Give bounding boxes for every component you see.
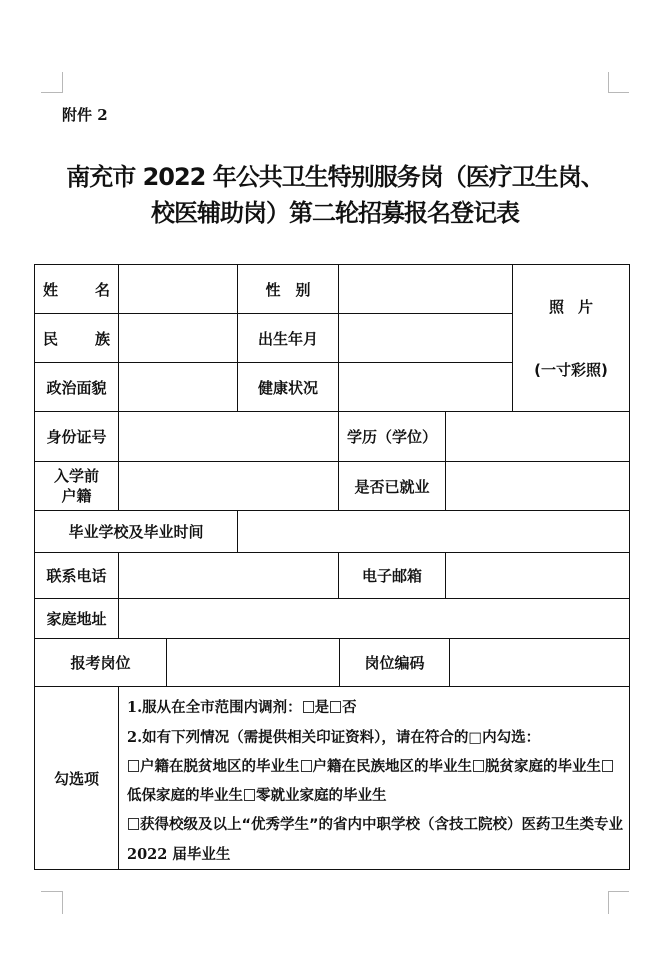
checkbox-label-ethnic-area-hukou: 户籍在民族地区的毕业生 bbox=[313, 759, 473, 775]
option-line-1-number: 1. bbox=[127, 699, 142, 716]
option-line-2-number: 2. bbox=[127, 729, 142, 746]
photo-note: (一寸彩照) bbox=[534, 359, 608, 380]
option-line-1-text: 服从在全市范围内调剂： bbox=[142, 700, 302, 716]
checkbox-label-low-income-family: 低保家庭的毕业生 bbox=[127, 788, 243, 804]
checkbox-label-poverty-family: 脱贫家庭的毕业生 bbox=[485, 759, 601, 775]
birth-date-label: 出生年月 bbox=[237, 313, 339, 363]
excellent-student-year: 2022 bbox=[127, 846, 167, 863]
checkbox-label-zero-employment-family: 零就业家庭的毕业生 bbox=[256, 788, 387, 804]
checkbox-ethnic-area-hukou[interactable] bbox=[301, 760, 312, 772]
political-status-label: 政治面貌 bbox=[34, 362, 119, 412]
photo-label: 照片 bbox=[535, 296, 607, 317]
page-corner-mark-bottom-right bbox=[608, 891, 629, 914]
hukou-label: 入学前 户籍 bbox=[34, 461, 119, 511]
phone-label: 联系电话 bbox=[34, 552, 119, 599]
ethnicity-label-char2: 族 bbox=[95, 328, 110, 349]
employed-field[interactable] bbox=[445, 461, 630, 511]
applied-position-field[interactable] bbox=[166, 638, 340, 687]
excellent-student-text-1: 获得校级及以上“优秀学生”的省内中职学校（含技工院校）医药 bbox=[140, 817, 551, 833]
political-status-field[interactable] bbox=[118, 362, 238, 412]
name-field[interactable] bbox=[118, 264, 238, 314]
position-code-label: 岗位编码 bbox=[339, 638, 450, 687]
option-line-2: 2.如有下列情况（需提供相关印证资料），请在符合的□内勾选： bbox=[127, 723, 540, 753]
document-title-line1: 南充市 2022 年公共卫生特别服务岗（医疗卫生岗、 bbox=[0, 160, 670, 194]
checkbox-no-label: 否 bbox=[342, 700, 357, 716]
checkbox-low-income-family[interactable] bbox=[602, 760, 613, 772]
education-label: 学历（学位） bbox=[338, 411, 446, 462]
options-content: 1.服从在全市范围内调剂：是否 2.如有下列情况（需提供相关印证资料），请在符合… bbox=[118, 686, 630, 870]
checkbox-accept-adjustment-yes[interactable] bbox=[303, 701, 314, 713]
option-excellent-student: 获得校级及以上“优秀学生”的省内中职学校（含技工院校）医药卫生类专业 2022 … bbox=[127, 811, 627, 870]
checkbox-zero-employment-family[interactable] bbox=[244, 789, 255, 801]
page-corner-mark-bottom-left bbox=[41, 891, 63, 914]
school-graduation-field[interactable] bbox=[237, 510, 630, 553]
checkbox-accept-adjustment-no[interactable] bbox=[330, 701, 341, 713]
home-address-label: 家庭地址 bbox=[34, 598, 119, 639]
options-label: 勾选项 bbox=[34, 686, 119, 870]
id-number-field[interactable] bbox=[118, 411, 339, 462]
education-field[interactable] bbox=[445, 411, 630, 462]
home-address-field[interactable] bbox=[118, 598, 630, 639]
excellent-student-text-3: 届毕业生 bbox=[167, 847, 230, 863]
health-status-field[interactable] bbox=[338, 362, 513, 412]
option-line-2-text: 如有下列情况（需提供相关印证资料），请在符合的□内勾选： bbox=[142, 730, 540, 746]
school-graduation-label: 毕业学校及毕业时间 bbox=[34, 510, 238, 553]
ethnicity-field[interactable] bbox=[118, 313, 238, 363]
applied-position-label: 报考岗位 bbox=[34, 638, 167, 687]
hukou-field[interactable] bbox=[118, 461, 339, 511]
employed-label: 是否已就业 bbox=[338, 461, 446, 511]
option-checkbox-group: 户籍在脱贫地区的毕业生户籍在民族地区的毕业生脱贫家庭的毕业生低保家庭的毕业生零就… bbox=[127, 753, 627, 811]
name-label: 姓 名 bbox=[34, 264, 119, 314]
attachment-label: 附件 2 bbox=[62, 104, 108, 125]
photo-box[interactable]: 照片 (一寸彩照) bbox=[512, 264, 630, 412]
checkbox-label-poverty-area-hukou: 户籍在脱贫地区的毕业生 bbox=[140, 759, 300, 775]
checkbox-yes-label: 是 bbox=[315, 700, 330, 716]
page-corner-mark-top-right bbox=[608, 72, 629, 93]
id-number-label: 身份证号 bbox=[34, 411, 119, 462]
ethnicity-label: 民 族 bbox=[34, 313, 119, 363]
checkbox-poverty-area-hukou[interactable] bbox=[128, 760, 139, 772]
birth-date-field[interactable] bbox=[338, 313, 513, 363]
option-line-1: 1.服从在全市范围内调剂：是否 bbox=[127, 693, 357, 723]
ethnicity-label-char1: 民 bbox=[43, 328, 58, 349]
hukou-label-line1: 入学前 bbox=[54, 466, 99, 486]
health-status-label: 健康状况 bbox=[237, 362, 339, 412]
phone-field[interactable] bbox=[118, 552, 339, 599]
name-label-char1: 姓 bbox=[43, 279, 58, 300]
checkbox-poverty-family[interactable] bbox=[473, 760, 484, 772]
gender-label: 性 别 bbox=[237, 264, 339, 314]
checkbox-excellent-student[interactable] bbox=[128, 818, 139, 830]
page-corner-mark-top-left bbox=[41, 72, 63, 93]
position-code-field[interactable] bbox=[449, 638, 630, 687]
name-label-char2: 名 bbox=[95, 279, 110, 300]
email-field[interactable] bbox=[445, 552, 630, 599]
document-title-line2: 校医辅助岗）第二轮招募报名登记表 bbox=[0, 196, 670, 230]
email-label: 电子邮箱 bbox=[338, 552, 446, 599]
gender-field[interactable] bbox=[338, 264, 513, 314]
excellent-student-text-2: 卫生类专业 bbox=[551, 817, 624, 833]
hukou-label-line2: 户籍 bbox=[61, 486, 91, 506]
